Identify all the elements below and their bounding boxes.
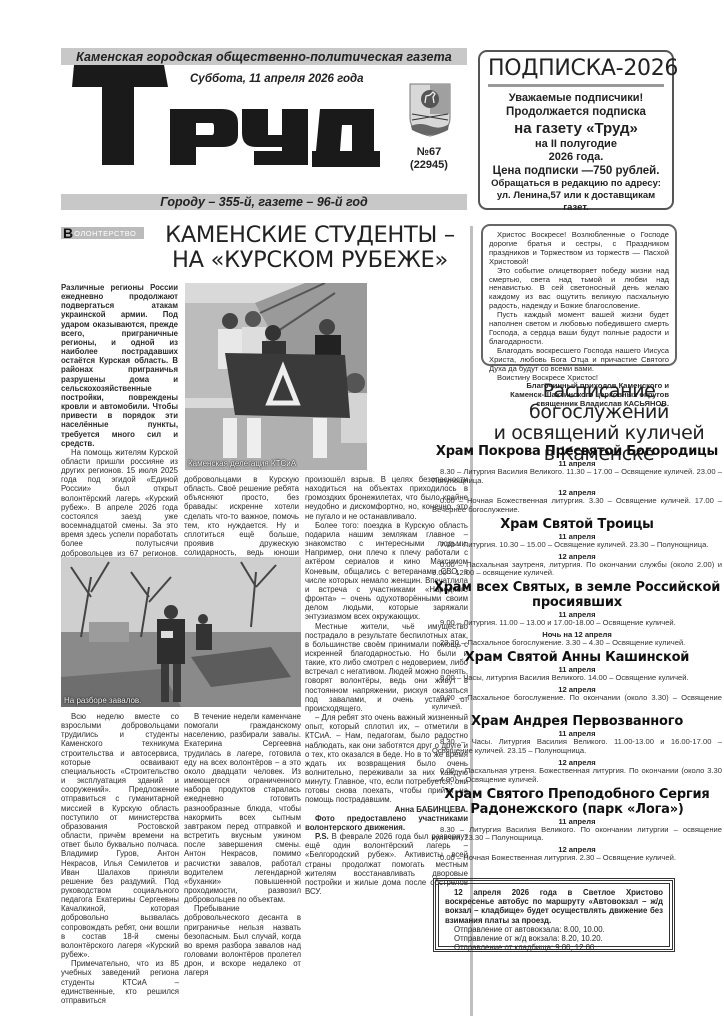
subscription-price: Цена подписки —750 рублей. <box>486 164 666 178</box>
article-headline: КАМЕНСКИЕ СТУДЕНТЫ – НА «КУРСКОМ РУБЕЖЕ» <box>150 223 470 273</box>
subscription-address: ул. Ленина,57 или к доставщикам газет. <box>486 190 666 214</box>
church-schedule-list: Храм Покрова Пресвятой Богородицы 11 апр… <box>432 444 722 865</box>
schedule-item: Храм Святого Преподобного Сергия Радонеж… <box>432 787 722 864</box>
schedule-item: Храм всех Святых, в земле Российской про… <box>432 580 722 648</box>
anniversary-text: Городу – 355-й, газете – 96-й год <box>160 195 367 209</box>
temple-name: Храм Святой Анны Кашинской <box>432 650 722 665</box>
article-column-5: В течение недели каменчане помогали граж… <box>184 712 301 978</box>
photo-debris-image <box>61 557 301 707</box>
temple-name: Храм всех Святых, в земле Российской про… <box>432 580 722 610</box>
subscription-title: ПОДПИСКА-2026 <box>488 56 664 87</box>
city-coat-of-arms-icon <box>408 82 452 138</box>
schedule-item: Храм Святой Троицы 11 апреля 7.00 – Литу… <box>432 517 722 579</box>
article-column-4: Всю неделю вместе со взрослыми доброволь… <box>61 712 179 1005</box>
temple-name: Храм Покрова Пресвятой Богородицы <box>432 444 722 459</box>
newspaper-tagline-bar: Каменская городская общественно-политиче… <box>61 48 467 65</box>
easter-greeting-box: Христос Воскресе! Возлюбленные о Господе… <box>481 224 677 366</box>
schedule-item: Храм Покрова Пресвятой Богородицы 11 апр… <box>432 444 722 515</box>
rubric-label: В ОЛОНТЕРСТВО <box>61 227 144 239</box>
bus-departure-time: Отправление от автовокзала: 8.00, 10.00. <box>445 925 663 934</box>
temple-name: Храм Святой Троицы <box>432 517 722 532</box>
photo-students-image <box>185 283 367 470</box>
schedule-item: Храм Святой Анны Кашинской 11 апреля 8.0… <box>432 650 722 712</box>
issue-number: №67 (22945) <box>404 146 454 172</box>
subscription-box: ПОДПИСКА-2026 Уважаемые подписчики! Прод… <box>478 50 674 210</box>
bus-departure-time: Отправление от ж/д вокзала: 8.20, 10.20. <box>445 934 663 943</box>
newspaper-tagline: Каменская городская общественно-политиче… <box>76 50 452 64</box>
article-lead: Различные регионы России ежедневно продо… <box>61 283 178 448</box>
anniversary-bar: Городу – 355-й, газете – 96-й год <box>61 194 467 210</box>
photo-students-with-flag: Каменская делегация КТСиА <box>185 283 367 470</box>
photo-caption: На разборе завалов. <box>64 696 141 705</box>
free-bus-notice: 12 апреля 2026 года в Светлое Христово в… <box>433 878 675 952</box>
photo-caption: Каменская делегация КТСиА <box>188 459 296 468</box>
schedule-item: Храм Андрея Первозванного 11 апреля 8.30… <box>432 714 722 785</box>
newspaper-logo-trud <box>72 65 382 175</box>
temple-name: Храм Святого Преподобного Сергия Радонеж… <box>432 787 722 817</box>
photo-debris-clearing: На разборе завалов. <box>61 557 301 707</box>
bus-departure-time: Отправление от кладбища: 9.00, 12.00. <box>445 943 663 952</box>
temple-name: Храм Андрея Первозванного <box>432 714 722 729</box>
